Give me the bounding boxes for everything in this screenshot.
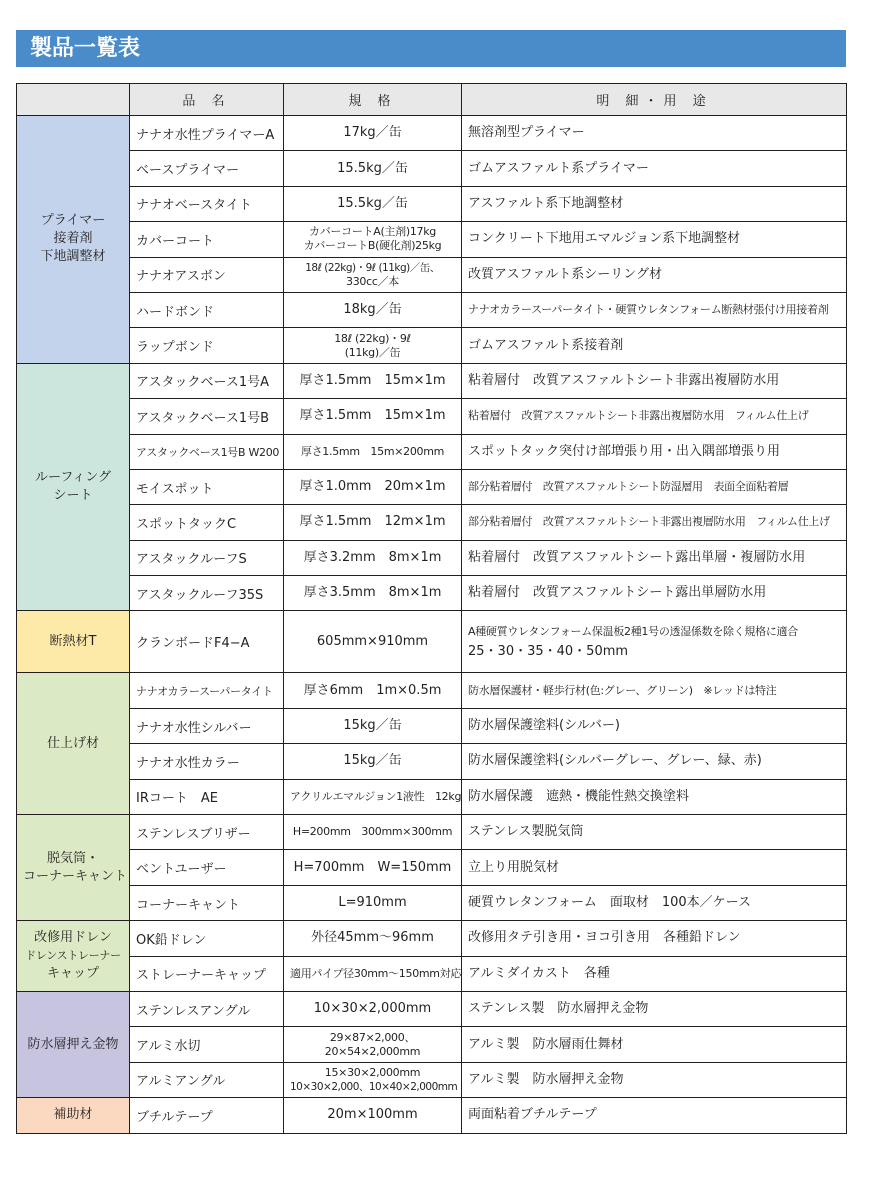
spec-line: 20m×100mm (290, 1108, 455, 1122)
spec-line: 18ℓ (22kg)・9ℓ (290, 332, 455, 346)
spec-line: 10×30×2,000mm (290, 1002, 455, 1016)
product-spec: 18ℓ (22kg)・9ℓ(11kg)／缶 (284, 328, 462, 363)
category-label: 防水層押え金物 (23, 1036, 123, 1054)
product-description: 粘着層付 改質アスファルトシート露出単層・複層防水用 (462, 540, 847, 575)
product-spec: 厚さ6mm 1m×0.5m (284, 673, 462, 708)
product-name: ブチルテープ (130, 1098, 284, 1133)
table-row: アスタックベース1号B W200厚さ1.5mm 15m×200mmスポットタック… (17, 434, 847, 469)
product-spec: 厚さ3.5mm 8m×1m (284, 576, 462, 611)
category-label: シート (23, 487, 123, 505)
spec-line: H=700mm W=150mm (290, 861, 455, 875)
product-description: ゴムアスファルト系プライマー (462, 151, 847, 186)
product-description: コンクリート下地用エマルジョン系下地調整材 (462, 222, 847, 257)
product-name: アスタックベース1号A (130, 363, 284, 398)
product-spec: 厚さ1.5mm 12m×1m (284, 505, 462, 540)
spec-line: 18ℓ (22kg)・9ℓ (11kg)／缶、 (290, 261, 455, 275)
category-cell: 改修用ドレンドレンストレーナーキャップ (17, 921, 130, 992)
spec-line: アクリルエマルジョン1液性 12kg／缶 (290, 790, 455, 804)
spec-line: 330cc／本 (290, 275, 455, 289)
product-name: ラップボンド (130, 328, 284, 363)
table-row: アスタックルーフ35S厚さ3.5mm 8m×1m粘着層付 改質アスファルトシート… (17, 576, 847, 611)
product-spec: 厚さ1.0mm 20m×1m (284, 469, 462, 504)
table-row: ルーフィングシートアスタックベース1号A厚さ1.5mm 15m×1m粘着層付 改… (17, 363, 847, 398)
product-spec: 厚さ3.2mm 8m×1m (284, 540, 462, 575)
product-spec: 15×30×2,000mm10×30×2,000、10×40×2,000mm (284, 1062, 462, 1097)
description-line: アスファルト系下地調整材 (468, 194, 840, 214)
product-name: カバーコート (130, 222, 284, 257)
description-line: 粘着層付 改質アスファルトシート露出単層・複層防水用 (468, 548, 840, 568)
header-category (17, 84, 130, 116)
category-label: キャップ (23, 965, 123, 983)
spec-line: 15.5kg／缶 (290, 162, 455, 176)
product-name: ハードボンド (130, 292, 284, 327)
spec-line: 15kg／缶 (290, 754, 455, 768)
spec-line: H=200mm 300mm×300mm (290, 825, 455, 839)
description-line: アルミ製 防水層押え金物 (468, 1070, 840, 1090)
product-name: ナナオアスボン (130, 257, 284, 292)
description-line: 両面粘着ブチルテープ (468, 1105, 840, 1125)
product-name: ストレーナーキャップ (130, 956, 284, 991)
description-line: 防水層保護材・軽歩行材(色:グレー、グリーン) ※レッドは特注 (468, 681, 840, 701)
description-line: ゴムアスファルト系接着剤 (468, 336, 840, 356)
table-row: ストレーナーキャップ適用パイプ径30mm〜150mm対応アルミダイカスト 各種 (17, 956, 847, 991)
product-name: ナナオカラースーパータイト (130, 673, 284, 708)
spec-line: 18kg／缶 (290, 303, 455, 317)
table-row: アルミアングル15×30×2,000mm10×30×2,000、10×40×2,… (17, 1062, 847, 1097)
category-label: 補助材 (23, 1106, 123, 1124)
product-spec: 15.5kg／缶 (284, 151, 462, 186)
description-line: 防水層保護塗料(シルバーグレー、グレー、緑、赤) (468, 751, 840, 771)
category-label: ルーフィング (23, 469, 123, 487)
product-description: アスファルト系下地調整材 (462, 186, 847, 221)
product-description: 粘着層付 改質アスファルトシート非露出複層防水用 フィルム仕上げ (462, 399, 847, 434)
product-spec: 605mm×910mm (284, 611, 462, 673)
table-row: ナナオベースタイト15.5kg／缶アスファルト系下地調整材 (17, 186, 847, 221)
product-description: 立上り用脱気材 (462, 850, 847, 885)
table-row: ナナオアスボン18ℓ (22kg)・9ℓ (11kg)／缶、330cc／本改質ア… (17, 257, 847, 292)
product-description: アルミ製 防水層押え金物 (462, 1062, 847, 1097)
table-row: 断熱材TクランボードF4−A605mm×910mmA種硬質ウレタンフォーム保温板… (17, 611, 847, 673)
product-name: アルミ水切 (130, 1027, 284, 1062)
product-spec: アクリルエマルジョン1液性 12kg／缶 (284, 779, 462, 814)
product-name: IRコート AE (130, 779, 284, 814)
header-description: 明 細・用 途 (462, 84, 847, 116)
product-description: ナナオカラースーパータイト・硬質ウレタンフォーム断熱材張付け用接着剤 (462, 292, 847, 327)
category-cell: 補助材 (17, 1098, 130, 1133)
description-line: 25・30・35・40・50mm (468, 642, 840, 662)
table-row: ベースプライマー15.5kg／缶ゴムアスファルト系プライマー (17, 151, 847, 186)
spec-line: 605mm×910mm (290, 635, 455, 649)
category-label: プライマー (23, 212, 123, 230)
product-name: ナナオ水性プライマーA (130, 116, 284, 151)
spec-line: 厚さ1.5mm 15m×1m (290, 374, 455, 388)
product-name: ステンレスブリザー (130, 815, 284, 850)
description-line: 粘着層付 改質アスファルトシート非露出複層防水用 (468, 371, 840, 391)
description-line: スポットタック突付け部増張り用・出入隅部増張り用 (468, 442, 840, 462)
product-name: ベントユーザー (130, 850, 284, 885)
product-description: 防水層保護塗料(シルバー) (462, 708, 847, 743)
product-name: クランボードF4−A (130, 611, 284, 673)
product-name: コーナーキャント (130, 885, 284, 920)
table-row: IRコート AEアクリルエマルジョン1液性 12kg／缶防水層保護 遮熱・機能性… (17, 779, 847, 814)
header-product-name: 品 名 (130, 84, 284, 116)
category-cell: プライマー接着剤下地調整材 (17, 116, 130, 364)
spec-line: 厚さ1.5mm 12m×1m (290, 515, 455, 529)
category-cell: 防水層押え金物 (17, 991, 130, 1097)
spec-line: L=910mm (290, 896, 455, 910)
product-description: ステンレス製脱気筒 (462, 815, 847, 850)
product-name: アスタックルーフ35S (130, 576, 284, 611)
product-description: 粘着層付 改質アスファルトシート非露出複層防水用 (462, 363, 847, 398)
product-spec: H=200mm 300mm×300mm (284, 815, 462, 850)
product-spec: 厚さ1.5mm 15m×1m (284, 399, 462, 434)
product-spec: 29×87×2,000、20×54×2,000mm (284, 1027, 462, 1062)
category-label: コーナーキャント (23, 868, 123, 886)
product-spec: L=910mm (284, 885, 462, 920)
product-name: モイスポット (130, 469, 284, 504)
header-spec: 規 格 (284, 84, 462, 116)
description-line: 硬質ウレタンフォーム 面取材 100本／ケース (468, 893, 840, 913)
table-row: カバーコートカバーコートA(主剤)17kgカバーコートB(硬化剤)25kgコンク… (17, 222, 847, 257)
table-row: 脱気筒・コーナーキャントステンレスブリザーH=200mm 300mm×300mm… (17, 815, 847, 850)
product-spec: 18ℓ (22kg)・9ℓ (11kg)／缶、330cc／本 (284, 257, 462, 292)
product-description: ゴムアスファルト系接着剤 (462, 328, 847, 363)
category-label: 接着剤 (23, 230, 123, 248)
table-row: ハードボンド18kg／缶ナナオカラースーパータイト・硬質ウレタンフォーム断熱材張… (17, 292, 847, 327)
product-description: 無溶剤型プライマー (462, 116, 847, 151)
description-line: 粘着層付 改質アスファルトシート露出単層防水用 (468, 583, 840, 603)
description-line: 立上り用脱気材 (468, 858, 840, 878)
product-spec: 18kg／缶 (284, 292, 462, 327)
product-spec: 厚さ1.5mm 15m×200mm (284, 434, 462, 469)
description-line: アルミダイカスト 各種 (468, 964, 840, 984)
product-description: 防水層保護塗料(シルバーグレー、グレー、緑、赤) (462, 744, 847, 779)
description-line: 防水層保護塗料(シルバー) (468, 716, 840, 736)
table-row: ナナオ水性シルバー15kg／缶防水層保護塗料(シルバー) (17, 708, 847, 743)
product-spec: 15kg／缶 (284, 744, 462, 779)
product-spec: 適用パイプ径30mm〜150mm対応 (284, 956, 462, 991)
spec-line: 17kg／缶 (290, 126, 455, 140)
product-description: スポットタック突付け部増張り用・出入隅部増張り用 (462, 434, 847, 469)
product-spec: H=700mm W=150mm (284, 850, 462, 885)
product-description: 防水層保護材・軽歩行材(色:グレー、グリーン) ※レッドは特注 (462, 673, 847, 708)
category-cell: 断熱材T (17, 611, 130, 673)
table-row: 仕上げ材ナナオカラースーパータイト厚さ6mm 1m×0.5m防水層保護材・軽歩行… (17, 673, 847, 708)
page-title: 製品一覧表 (16, 30, 846, 67)
product-table-body: プライマー接着剤下地調整材ナナオ水性プライマーA17kg／缶無溶剤型プライマーベ… (17, 116, 847, 1134)
table-row: アスタックルーフS厚さ3.2mm 8m×1m粘着層付 改質アスファルトシート露出… (17, 540, 847, 575)
spec-line: (11kg)／缶 (290, 346, 455, 360)
product-spec: 10×30×2,000mm (284, 991, 462, 1026)
product-name: スポットタックC (130, 505, 284, 540)
table-row: コーナーキャントL=910mm硬質ウレタンフォーム 面取材 100本／ケース (17, 885, 847, 920)
spec-line: 外径45mm〜96mm (290, 931, 455, 945)
product-name: ナナオ水性カラー (130, 744, 284, 779)
spec-line: 厚さ3.2mm 8m×1m (290, 551, 455, 565)
table-row: 改修用ドレンドレンストレーナーキャップOK鉛ドレン外径45mm〜96mm改修用タ… (17, 921, 847, 956)
product-name: ナナオ水性シルバー (130, 708, 284, 743)
product-description: アルミ製 防水層雨仕舞材 (462, 1027, 847, 1062)
table-row: ナナオ水性カラー15kg／缶防水層保護塗料(シルバーグレー、グレー、緑、赤) (17, 744, 847, 779)
spec-line: 適用パイプ径30mm〜150mm対応 (290, 967, 455, 981)
table-row: ベントユーザーH=700mm W=150mm立上り用脱気材 (17, 850, 847, 885)
product-name: ナナオベースタイト (130, 186, 284, 221)
product-description: 粘着層付 改質アスファルトシート露出単層防水用 (462, 576, 847, 611)
spec-line: カバーコートB(硬化剤)25kg (290, 239, 455, 253)
category-cell: ルーフィングシート (17, 363, 130, 611)
product-spec: 20m×100mm (284, 1098, 462, 1133)
description-line: 部分粘着層付 改質アスファルトシート防湿層用 表面全面粘着層 (468, 477, 840, 497)
category-cell: 仕上げ材 (17, 673, 130, 815)
table-row: モイスポット厚さ1.0mm 20m×1m部分粘着層付 改質アスファルトシート防湿… (17, 469, 847, 504)
product-description: 硬質ウレタンフォーム 面取材 100本／ケース (462, 885, 847, 920)
product-name: アスタックベース1号B (130, 399, 284, 434)
description-line: ナナオカラースーパータイト・硬質ウレタンフォーム断熱材張付け用接着剤 (468, 300, 840, 320)
spec-line: 10×30×2,000、10×40×2,000mm (290, 1080, 455, 1094)
description-line: 防水層保護 遮熱・機能性熱交換塗料 (468, 787, 840, 807)
description-line: 粘着層付 改質アスファルトシート非露出複層防水用 フィルム仕上げ (468, 406, 840, 426)
description-line: アルミ製 防水層雨仕舞材 (468, 1035, 840, 1055)
spec-line: 厚さ1.5mm 15m×200mm (290, 445, 455, 459)
description-line: 無溶剤型プライマー (468, 123, 840, 143)
product-name: アルミアングル (130, 1062, 284, 1097)
product-spec: 15.5kg／缶 (284, 186, 462, 221)
product-spec: カバーコートA(主剤)17kgカバーコートB(硬化剤)25kg (284, 222, 462, 257)
description-line: ステンレス製 防水層押え金物 (468, 999, 840, 1019)
description-line: ゴムアスファルト系プライマー (468, 159, 840, 179)
spec-line: 15kg／缶 (290, 719, 455, 733)
spec-line: 15×30×2,000mm (290, 1066, 455, 1080)
spec-line: 29×87×2,000、 (290, 1031, 455, 1045)
product-description: A種硬質ウレタンフォーム保温板2種1号の透湿係数を除く規格に適合25・30・35… (462, 611, 847, 673)
table-row: 補助材ブチルテープ20m×100mm両面粘着ブチルテープ (17, 1098, 847, 1133)
category-label: 下地調整材 (23, 248, 123, 266)
product-description: 部分粘着層付 改質アスファルトシート防湿層用 表面全面粘着層 (462, 469, 847, 504)
product-name: OK鉛ドレン (130, 921, 284, 956)
product-description: 両面粘着ブチルテープ (462, 1098, 847, 1133)
spec-line: カバーコートA(主剤)17kg (290, 225, 455, 239)
product-description: アルミダイカスト 各種 (462, 956, 847, 991)
description-line: 改質アスファルト系シーリング材 (468, 265, 840, 285)
product-name: ステンレスアングル (130, 991, 284, 1026)
table-row: ラップボンド18ℓ (22kg)・9ℓ(11kg)／缶ゴムアスファルト系接着剤 (17, 328, 847, 363)
product-name: ベースプライマー (130, 151, 284, 186)
spec-line: 厚さ3.5mm 8m×1m (290, 586, 455, 600)
description-line: A種硬質ウレタンフォーム保温板2種1号の透湿係数を除く規格に適合 (468, 622, 840, 642)
table-row: 防水層押え金物ステンレスアングル10×30×2,000mmステンレス製 防水層押… (17, 991, 847, 1026)
spec-line: 厚さ1.0mm 20m×1m (290, 480, 455, 494)
spec-line: 厚さ1.5mm 15m×1m (290, 409, 455, 423)
product-spec: 外径45mm〜96mm (284, 921, 462, 956)
spec-line: 厚さ6mm 1m×0.5m (290, 684, 455, 698)
product-name: アスタックルーフS (130, 540, 284, 575)
product-description: 部分粘着層付 改質アスファルトシート非露出複層防水用 フィルム仕上げ (462, 505, 847, 540)
table-row: アルミ水切29×87×2,000、20×54×2,000mmアルミ製 防水層雨仕… (17, 1027, 847, 1062)
table-row: アスタックベース1号B厚さ1.5mm 15m×1m粘着層付 改質アスファルトシー… (17, 399, 847, 434)
spec-line: 15.5kg／缶 (290, 197, 455, 211)
category-label: 断熱材T (23, 633, 123, 651)
product-description: ステンレス製 防水層押え金物 (462, 991, 847, 1026)
category-cell: 脱気筒・コーナーキャント (17, 815, 130, 921)
category-label: 仕上げ材 (23, 735, 123, 753)
spec-line: 20×54×2,000mm (290, 1045, 455, 1059)
product-spec: 17kg／缶 (284, 116, 462, 151)
description-line: ステンレス製脱気筒 (468, 822, 840, 842)
product-table: 品 名 規 格 明 細・用 途 プライマー接着剤下地調整材ナナオ水性プライマーA… (16, 83, 847, 1134)
product-name: アスタックベース1号B W200 (130, 434, 284, 469)
description-line: 部分粘着層付 改質アスファルトシート非露出複層防水用 フィルム仕上げ (468, 512, 840, 532)
category-label: 脱気筒・ (23, 850, 123, 868)
category-label: ドレンストレーナー (23, 947, 123, 965)
product-description: 改修用タテ引き用・ヨコ引き用 各種鉛ドレン (462, 921, 847, 956)
description-line: 改修用タテ引き用・ヨコ引き用 各種鉛ドレン (468, 928, 840, 948)
product-description: 改質アスファルト系シーリング材 (462, 257, 847, 292)
product-spec: 15kg／缶 (284, 708, 462, 743)
product-spec: 厚さ1.5mm 15m×1m (284, 363, 462, 398)
table-row: プライマー接着剤下地調整材ナナオ水性プライマーA17kg／缶無溶剤型プライマー (17, 116, 847, 151)
description-line: コンクリート下地用エマルジョン系下地調整材 (468, 229, 840, 249)
category-label: 改修用ドレン (23, 929, 123, 947)
table-header-row: 品 名 規 格 明 細・用 途 (17, 84, 847, 116)
product-description: 防水層保護 遮熱・機能性熱交換塗料 (462, 779, 847, 814)
table-row: スポットタックC厚さ1.5mm 12m×1m部分粘着層付 改質アスファルトシート… (17, 505, 847, 540)
